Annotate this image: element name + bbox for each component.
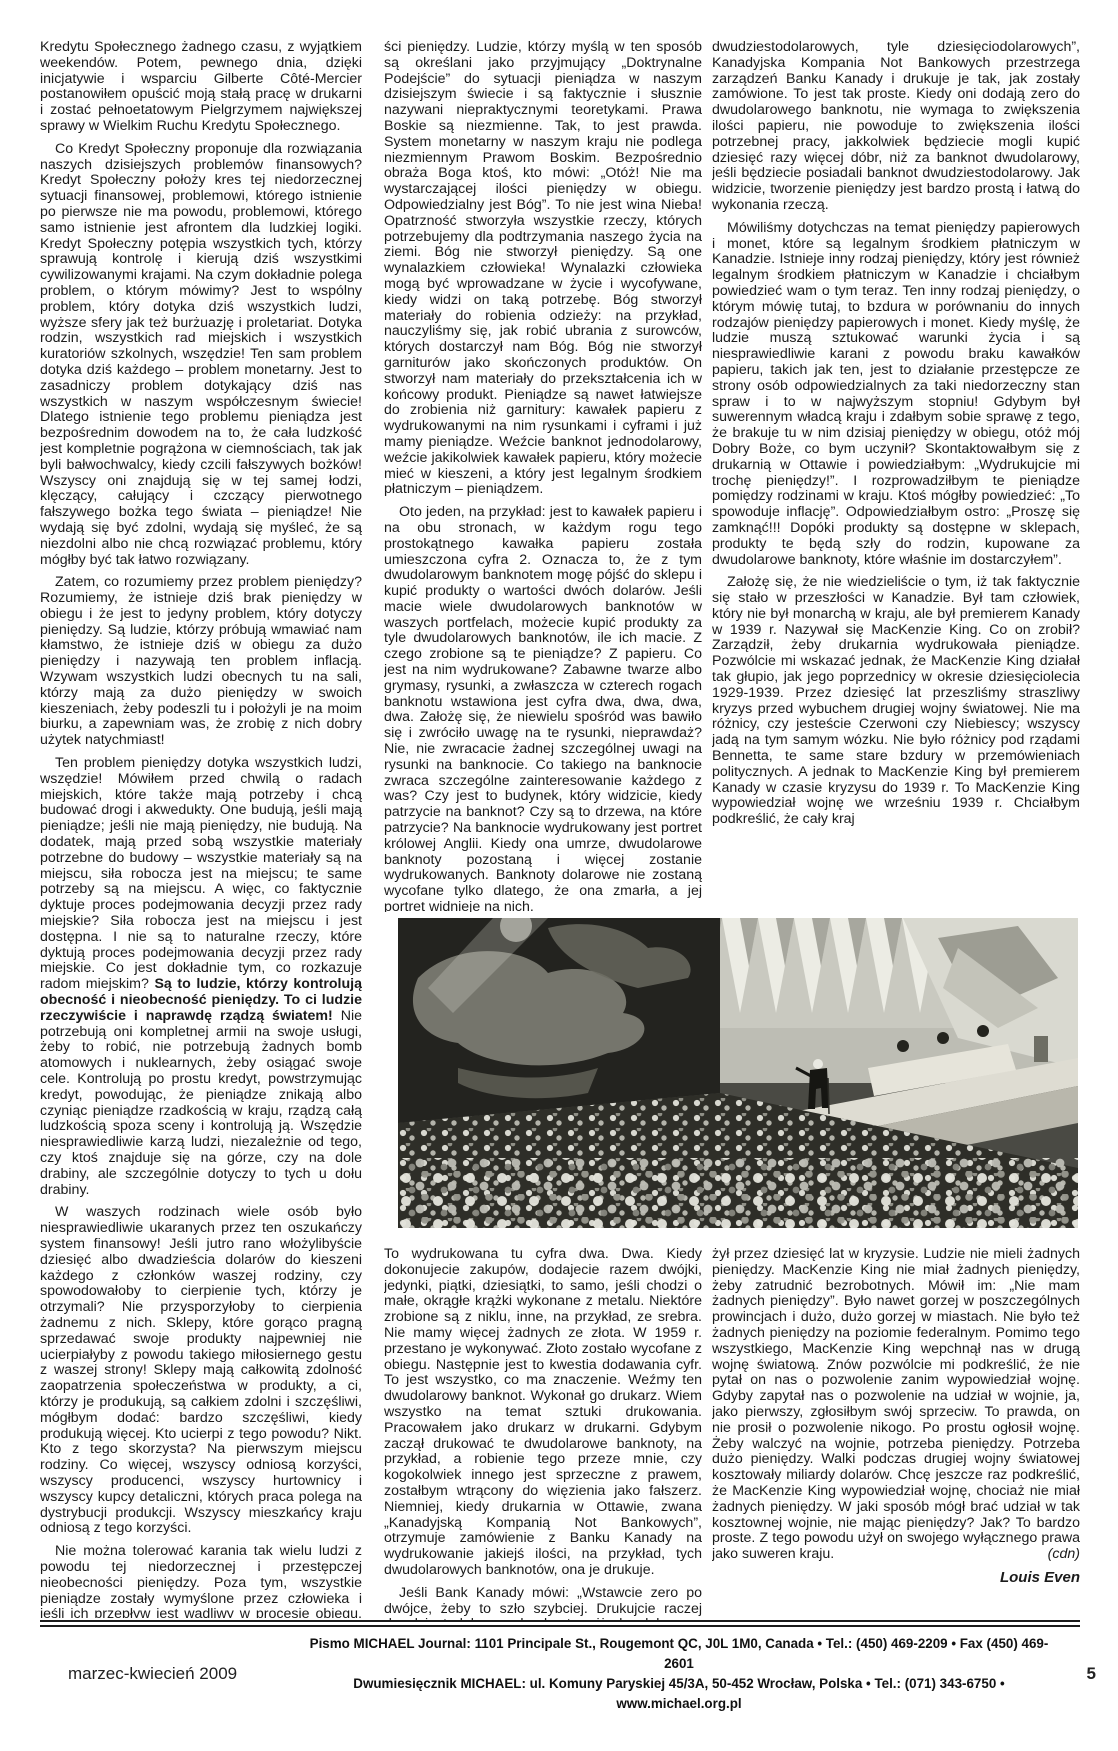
publisher-info: Pismo MICHAEL Journal: 1101 Principale S… <box>298 1634 1060 1714</box>
footer: marzec-kwiecień 2009 Pismo MICHAEL Journ… <box>40 1634 1096 1714</box>
paragraph: Zatem, co rozumiemy przez problem pienię… <box>40 575 362 749</box>
article-column-3-lower: żył przez dziesięć lat w kryzysie. Ludzi… <box>712 1247 1080 1622</box>
paragraph-text: żył przez dziesięć lat w kryzysie. Ludzi… <box>712 1247 1080 1562</box>
paragraph-text: Nie potrzebują oni kompletnej armii na s… <box>40 1008 362 1198</box>
article-column-2-upper: ści pieniędzy. Ludzie, którzy myślą w te… <box>384 40 702 912</box>
paragraph: żył przez dziesięć lat w kryzysie. Ludzi… <box>712 1247 1080 1563</box>
paragraph: Nie można tolerować karania tak wielu lu… <box>40 1544 362 1618</box>
paragraph: Kredytu Społecznego żadnego czasu, z wyj… <box>40 40 362 135</box>
paragraph: To wydrukowana tu cyfra dwa. Dwa. Kiedy … <box>384 1247 702 1579</box>
publisher-line-poland: Dwumiesięcznik MICHAEL: ul. Komuny Parys… <box>298 1674 1060 1714</box>
paragraph: ści pieniędzy. Ludzie, którzy myślą w te… <box>384 40 702 498</box>
footer-divider <box>40 1620 1080 1627</box>
paragraph: W waszych rodzinach wiele osób było nies… <box>40 1205 362 1537</box>
paragraph: Jeśli Bank Kanady mówi: „Wstawcie zero p… <box>384 1586 702 1622</box>
paragraph: Co Kredyt Społeczny proponuje dla rozwią… <box>40 142 362 569</box>
article-column-3-upper: dwudziestodolarowych, tyle dziesięciodol… <box>712 40 1080 912</box>
newspaper-page: Kredytu Społecznego żadnego czasu, z wyj… <box>0 0 1118 1751</box>
article-column-2-lower: To wydrukowana tu cyfra dwa. Dwa. Kiedy … <box>384 1247 702 1622</box>
paragraph: Ten problem pieniędzy dotyka wszystkich … <box>40 756 362 1198</box>
publisher-line-canada: Pismo MICHAEL Journal: 1101 Principale S… <box>298 1634 1060 1674</box>
continuation-mark: (cdn) <box>1048 1547 1080 1563</box>
paragraph: dwudziestodolarowych, tyle dziesięciodol… <box>712 40 1080 214</box>
paragraph-text: Ten problem pieniędzy dotyka wszystkich … <box>40 755 362 992</box>
article-column-1: Kredytu Społecznego żadnego czasu, z wyj… <box>40 40 362 1618</box>
paragraph: Mówiliśmy dotychczas na temat pieniędzy … <box>712 221 1080 569</box>
author-signature: Louis Even <box>712 1570 1080 1586</box>
page-number: 5 <box>1060 1664 1096 1684</box>
issue-date: marzec-kwiecień 2009 <box>40 1664 298 1684</box>
assembly-crowd-photo <box>398 918 1078 1228</box>
paragraph: Oto jeden, na przykład: jest to kawałek … <box>384 505 702 912</box>
paragraph: Założę się, że nie wiedzieliście o tym, … <box>712 575 1080 828</box>
